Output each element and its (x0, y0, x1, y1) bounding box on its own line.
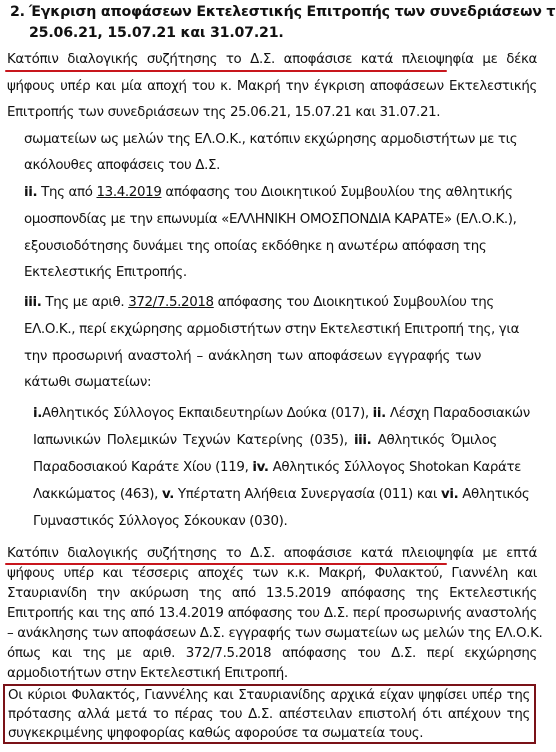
item-iii-line4: κάτωθι σωματείων: (24, 374, 151, 392)
document-page: 2. Έγκριση αποφάσεων Εκτελεστικής Επιτρο… (0, 0, 556, 752)
club-iv-part1: Αθλητικός Σύλλογος Shotokan Καράτε (273, 460, 521, 475)
item-iii-marker: iii. (24, 295, 41, 310)
decision1-line1-rest: με δέκα (482, 52, 537, 67)
club-ii-part1: Λέσχη Παραδοσιακών (390, 406, 530, 421)
decision1-line1: Κατόπιν διαλογικής συζήτησης το Δ.Σ. απο… (7, 51, 537, 69)
club-marker-iii: iii. (354, 433, 371, 448)
club-marker-vi: vi. (441, 487, 458, 502)
item-ii-post: απόφασης του Διοικητικού Συμβουλίου της … (165, 185, 512, 200)
item-ii-marker: ii. (24, 185, 37, 200)
item-ii-line2: ομοσπονδίας με την επωνυμία «ΕΛΛΗΝΙΚΗ ΟΜ… (24, 211, 517, 229)
item-ii-pre: Της από (41, 185, 92, 200)
red-underline-annotation (5, 70, 447, 72)
clubs-line2: Ιαπωνικών Πολεμικών Τεχνών Κατερίνης (03… (33, 432, 497, 450)
decision2-line1-rest: με επτά (482, 546, 537, 561)
decision1-lead: Κατόπιν διαλογικής συζήτησης το Δ.Σ. απο… (7, 52, 474, 67)
decision2-line7: αρμοδιοτήτων στην Εκτελεστική Επιτροπή. (7, 665, 288, 683)
excerpt-intro-line1: σωματείων ως μελών της ΕΛ.Ο.Κ., κατόπιν … (24, 131, 502, 149)
item-iii-post: απόφασης του Διοικητικού Συμβουλίου της (218, 295, 494, 310)
clubs-line4: Λακκώματος (463), v. Υπέρτατη Αλήθεια Συ… (33, 486, 497, 504)
decision1-line2: ψήφους υπέρ και μία αποχή του κ. Μακρή τ… (7, 78, 537, 96)
club-marker-v: v. (162, 487, 174, 502)
club-i: Αθλητικός Σύλλογος Εκπαιδευτηρίων Δούκα … (42, 406, 369, 421)
club-ii-part2: Ιαπωνικών Πολεμικών Τεχνών Κατερίνης (03… (33, 433, 348, 448)
item-ii-date: 13.4.2019 (96, 185, 161, 200)
item-ii-line1: ii. Της από 13.4.2019 απόφασης του Διοικ… (24, 184, 481, 202)
decision2-line6: όπως και της με αριθ. 372/7.5.2018 απόφα… (7, 645, 537, 663)
decision2-lead: Κατόπιν διαλογικής συζήτησης το Δ.Σ. απο… (7, 546, 474, 561)
decision1-line3: Επιτροπής των συνεδριάσεων της 25.06.21,… (7, 104, 440, 122)
section-heading-line2: 25.06.21, 15.07.21 και 31.07.21. (29, 24, 284, 42)
decision2-line4: Επιτροπής και της από 13.4.2019 απόφασης… (7, 605, 537, 623)
club-iii-part1: Αθλητικός Όμιλος (378, 433, 497, 448)
item-iii-line1: iii. Της με αριθ. 372/7.5.2018 απόφασης … (24, 294, 481, 312)
club-iii-part2: Παραδοσιακού Καράτε Χίου (119, (33, 460, 248, 475)
item-iii-line3: την προσωρινή αναστολή – ανάκληση των απ… (24, 348, 481, 366)
club-marker-ii: ii. (373, 406, 386, 421)
decision2-line2: ψήφους υπέρ και τέσσερις αποχές των κ.κ.… (7, 565, 537, 583)
item-iii-ref: 372/7.5.2018 (128, 295, 214, 310)
section-heading-line1: Έγκριση αποφάσεων Εκτελεστικής Επιτροπής… (29, 3, 537, 21)
item-iii-pre: Της με αριθ. (45, 295, 124, 310)
decision2-line3: Σταυριανίδη την ακύρωση της από 13.5.201… (7, 585, 537, 603)
clubs-line1: i.Αθλητικός Σύλλογος Εκπαιδευτηρίων Δούκ… (33, 405, 497, 423)
item-ii-line3: εξουσιοδότησης δυνάμει της οποίας εκδόθη… (24, 238, 481, 256)
decision2-line5: – ανάκλησης των αποφάσεων Δ.Σ. εγγραφής … (7, 625, 537, 643)
club-vi-part1: Αθλητικός (462, 487, 529, 502)
section-number: 2. (10, 3, 25, 21)
club-marker-i: i. (33, 406, 42, 421)
note-line3: συγκεκριμένης ψηφοφορίας καθώς αφορούσε … (8, 725, 423, 743)
excerpt-intro-line2: ακόλουθες αποφάσεις του Δ.Σ. (24, 157, 220, 175)
clubs-line5: Γυμναστικός Σύλλογος Σόκουκαν (030). (33, 513, 287, 531)
item-ii-line4: Εκτελεστικής Επιτροπής. (24, 264, 187, 282)
note-line1: Οι κύριοι Φυλακτός, Γιαννέλης και Σταυρι… (8, 687, 530, 705)
clubs-line3: Παραδοσιακού Καράτε Χίου (119, iv. Αθλητ… (33, 459, 497, 477)
club-v: Υπέρτατη Αλήθεια Συνεργασία (011) και (178, 487, 437, 502)
item-iii-line2: ΕΛ.Ο.Κ., περί εκχώρησης αρμοδιστήτων στη… (24, 321, 481, 339)
club-marker-iv: iv. (252, 460, 268, 475)
club-iv-part2: Λακκώματος (463), (33, 487, 158, 502)
decision2-line1: Κατόπιν διαλογικής συζήτησης το Δ.Σ. απο… (7, 545, 537, 563)
note-line2: πρότασης αλλά μετά το πέρας του Δ.Σ. απέ… (8, 706, 530, 724)
